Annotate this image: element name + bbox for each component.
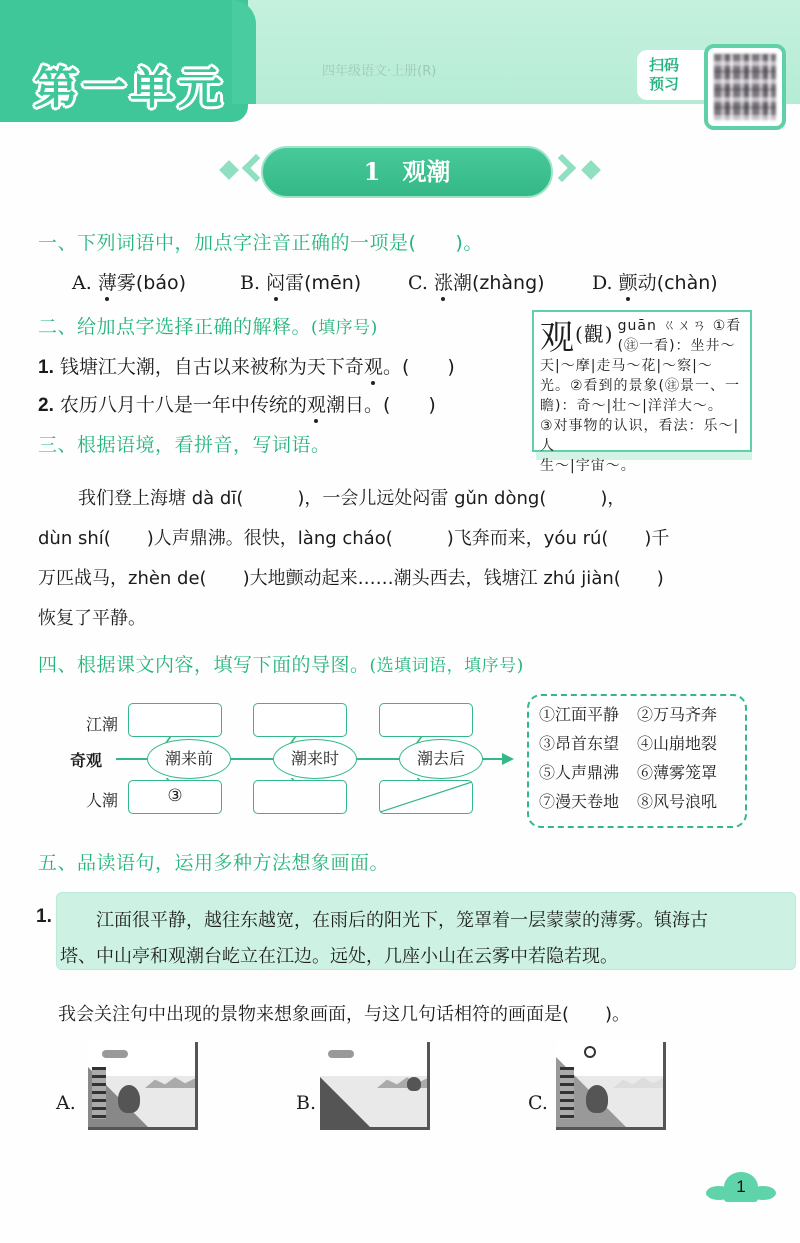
arrow-right-icon [502, 753, 514, 765]
dict-zhuyin: ㄍㄨㄢ [662, 318, 707, 334]
scan-label-line2: 预习 [649, 75, 707, 94]
answer-blank[interactable]: 。( ) [383, 356, 455, 378]
option-word-rest: 雷 [285, 272, 304, 294]
word-options-box: ①江面平静 ②万马齐奔 ③昂首东望 ④山崩地裂 ⑤人声鼎沸 ⑥薄雾笼罩 ⑦漫天卷… [527, 694, 747, 828]
word-option: ⑦漫天卷地 [539, 789, 637, 812]
qr-code-icon [714, 54, 776, 120]
section3-line-4: 恢复了平静。 [38, 604, 146, 630]
word-option: ③昂首东望 [539, 731, 637, 754]
lesson-title: 1观潮 [261, 146, 553, 198]
section5-heading: 五、品读语句，运用多种方法想象画面。 [38, 848, 389, 875]
option-word-rest: 潮 [453, 272, 472, 294]
running-head: 四年级语文·上册(R) [322, 60, 436, 79]
option-letter: A. [72, 272, 92, 294]
dotted-char: 观 [307, 394, 326, 416]
mindmap-stage-before: 潮来前 [147, 739, 231, 779]
dictionary-char: 观(觀) [540, 316, 614, 356]
word-options-grid: ①江面平静 ②万马齐奔 ③昂首东望 ④山崩地裂 ⑤人声鼎沸 ⑥薄雾笼罩 ⑦漫天卷… [539, 702, 735, 812]
dict-line: (㊟一看)：坐井～ [618, 338, 736, 354]
mindmap-stage-after: 潮去后 [399, 739, 483, 779]
mindmap-box-people-during[interactable] [253, 780, 347, 814]
dotted-char: 闷 [266, 272, 285, 294]
page-number-badge: 1 [706, 1172, 776, 1202]
section1-option-b: B. 闷雷(mēn) [240, 268, 361, 295]
picture-option-b[interactable] [320, 1042, 430, 1130]
picture-label-c: C. [528, 1092, 548, 1114]
lesson-number: 1 [364, 157, 381, 186]
section2-item-1: 1. 钱塘江大潮，自古以来被称为天下奇观。( ) [38, 352, 455, 379]
passage-item-number: 1. [36, 906, 52, 928]
lesson-title-row: 1观潮 [200, 146, 620, 200]
word-option: ⑤人声鼎沸 [539, 760, 637, 783]
picture-option-c[interactable] [556, 1042, 666, 1130]
sun-icon [584, 1046, 596, 1058]
mindmap-box-river-after[interactable] [379, 703, 473, 737]
section1-option-a: A. 薄雾(báo) [72, 268, 186, 295]
dict-char-simplified: 观 [540, 318, 575, 358]
passage-line-1: 江面很平静，越往东越宽，在雨后的阳光下，笼罩着一层蒙蒙的薄雾。镇海古 [96, 906, 708, 932]
item-number: 1. [38, 357, 54, 378]
mindmap-stage-during: 潮来时 [273, 739, 357, 779]
section1-option-c: C. 涨潮(zhàng) [408, 268, 545, 295]
mindmap-box-river-during[interactable] [253, 703, 347, 737]
section4-heading: 四、根据课文内容，填写下面的导图。(选填词语，填序号) [38, 650, 524, 677]
tree-icon [586, 1085, 608, 1113]
dotted-char: 薄 [98, 272, 117, 294]
mindmap-root: 奇观 [70, 748, 102, 771]
section3-line-2[interactable]: dùn shí( )人声鼎沸。很快，làng cháo( )飞奔而来，yóu r… [38, 524, 669, 550]
mindmap-row-label-people: 人潮 [86, 788, 118, 811]
option-letter: B. [240, 272, 260, 294]
dotted-char: 涨 [434, 272, 453, 294]
section3-heading: 三、根据语境，看拼音，写词语。 [38, 430, 331, 457]
word-option: ⑧风号浪吼 [637, 789, 735, 812]
scan-label-line1: 扫码 [649, 56, 707, 75]
unit-title: 第一单元 [34, 52, 226, 116]
word-option: ④山崩地裂 [637, 731, 735, 754]
item-number: 2. [38, 395, 54, 416]
passage-line-2: 塔、中山亭和观潮台屹立在江边。远处，几座小山在云雾中若隐若现。 [60, 942, 618, 968]
hills-icon [145, 1076, 195, 1088]
answer-blank[interactable]: 潮日。( ) [326, 394, 436, 416]
item-text: 农历八月十八是一年中传统的 [60, 394, 307, 416]
dict-line: 生～|宇宙～。 [540, 458, 636, 474]
mindmap-box-people-before[interactable]: ③ [128, 780, 222, 814]
section1-option-d: D. 颤动(chàn) [592, 268, 718, 295]
option-pinyin: (chàn) [657, 272, 718, 294]
option-letter: D. [592, 272, 613, 294]
section2-heading: 二、给加点字选择正确的解释。(填序号) [38, 312, 378, 339]
option-word-rest: 雾 [117, 272, 136, 294]
section5-question[interactable]: 我会关注句中出现的景物来想象画面，与这几句话相符的画面是( )。 [58, 1000, 630, 1026]
dict-pinyin: guān [618, 318, 657, 334]
cloud-icon [328, 1050, 354, 1058]
section4-heading-note: (选填词语，填序号) [370, 656, 524, 676]
pagoda-icon [560, 1067, 574, 1119]
tree-icon [118, 1085, 140, 1113]
option-pinyin: (zhàng) [472, 272, 545, 294]
section2-heading-note: (填序号) [311, 318, 378, 338]
section2-item-2: 2. 农历八月十八是一年中传统的观潮日。( ) [38, 390, 436, 417]
lesson-name: 观潮 [402, 157, 450, 186]
picture-label-b: B. [296, 1092, 316, 1114]
page-number: 1 [724, 1177, 758, 1197]
scan-preview-label: 扫码 预习 [637, 50, 707, 100]
picture-label-a: A. [56, 1092, 76, 1114]
forest-bank-icon [320, 1077, 370, 1127]
word-option: ①江面平静 [539, 702, 637, 725]
word-option: ②万马齐奔 [637, 702, 735, 725]
mindmap-box-river-before[interactable] [128, 703, 222, 737]
option-letter: C. [408, 272, 428, 294]
diamond-icon [219, 160, 239, 180]
option-word-rest: 动 [638, 272, 657, 294]
word-option: ⑥薄雾笼罩 [637, 760, 735, 783]
diagonal-strike-icon [380, 781, 472, 813]
section4-heading-text: 四、根据课文内容，填写下面的导图。 [38, 654, 370, 676]
mindmap-row-label-river: 江潮 [86, 712, 118, 735]
section3-line-1[interactable]: 我们登上海塘 dà dī( )，一会儿远处闷雷 gǔn dòng( )， [78, 484, 625, 510]
dotted-char: 观 [364, 356, 383, 378]
item-text: 钱塘江大潮，自古以来被称为天下奇 [60, 356, 364, 378]
dict-line: 瞻)：奇～|壮～|洋洋大～。 [540, 398, 723, 414]
dict-char-traditional: (觀) [575, 322, 614, 346]
dict-line: ①看 [713, 318, 742, 334]
section2-heading-text: 二、给加点字选择正确的解释。 [38, 316, 311, 338]
option-pinyin: (báo) [136, 272, 186, 294]
dict-line: ③对事物的认识，看法：乐～|人 [540, 418, 739, 454]
section3-line-3[interactable]: 万匹战马，zhèn de( )大地颤动起来……潮头西去，钱塘江 zhú jiàn… [38, 564, 664, 590]
dictionary-entry-box: 观(觀) guān ㄍㄨㄢ ①看 (㊟一看)：坐井～ 天|～摩|走马～花|～察|… [532, 310, 752, 452]
diamond-icon [581, 160, 601, 180]
qr-code-frame[interactable] [704, 44, 786, 130]
picture-option-a[interactable] [88, 1042, 198, 1130]
mindmap-box-people-after [379, 780, 473, 814]
tree-icon [407, 1077, 421, 1091]
section1-heading: 一、下列词语中，加点字注音正确的一项是( )。 [38, 228, 483, 255]
dict-line: 光。②看到的景象(㊟景一、一 [540, 378, 740, 394]
dotted-char: 颤 [619, 272, 638, 294]
misty-hills-icon [613, 1076, 663, 1088]
option-pinyin: (mēn) [304, 272, 361, 294]
cloud-icon [102, 1050, 128, 1058]
pagoda-icon [92, 1067, 106, 1119]
dict-line: 天|～摩|走马～花|～察|～ [540, 358, 713, 374]
